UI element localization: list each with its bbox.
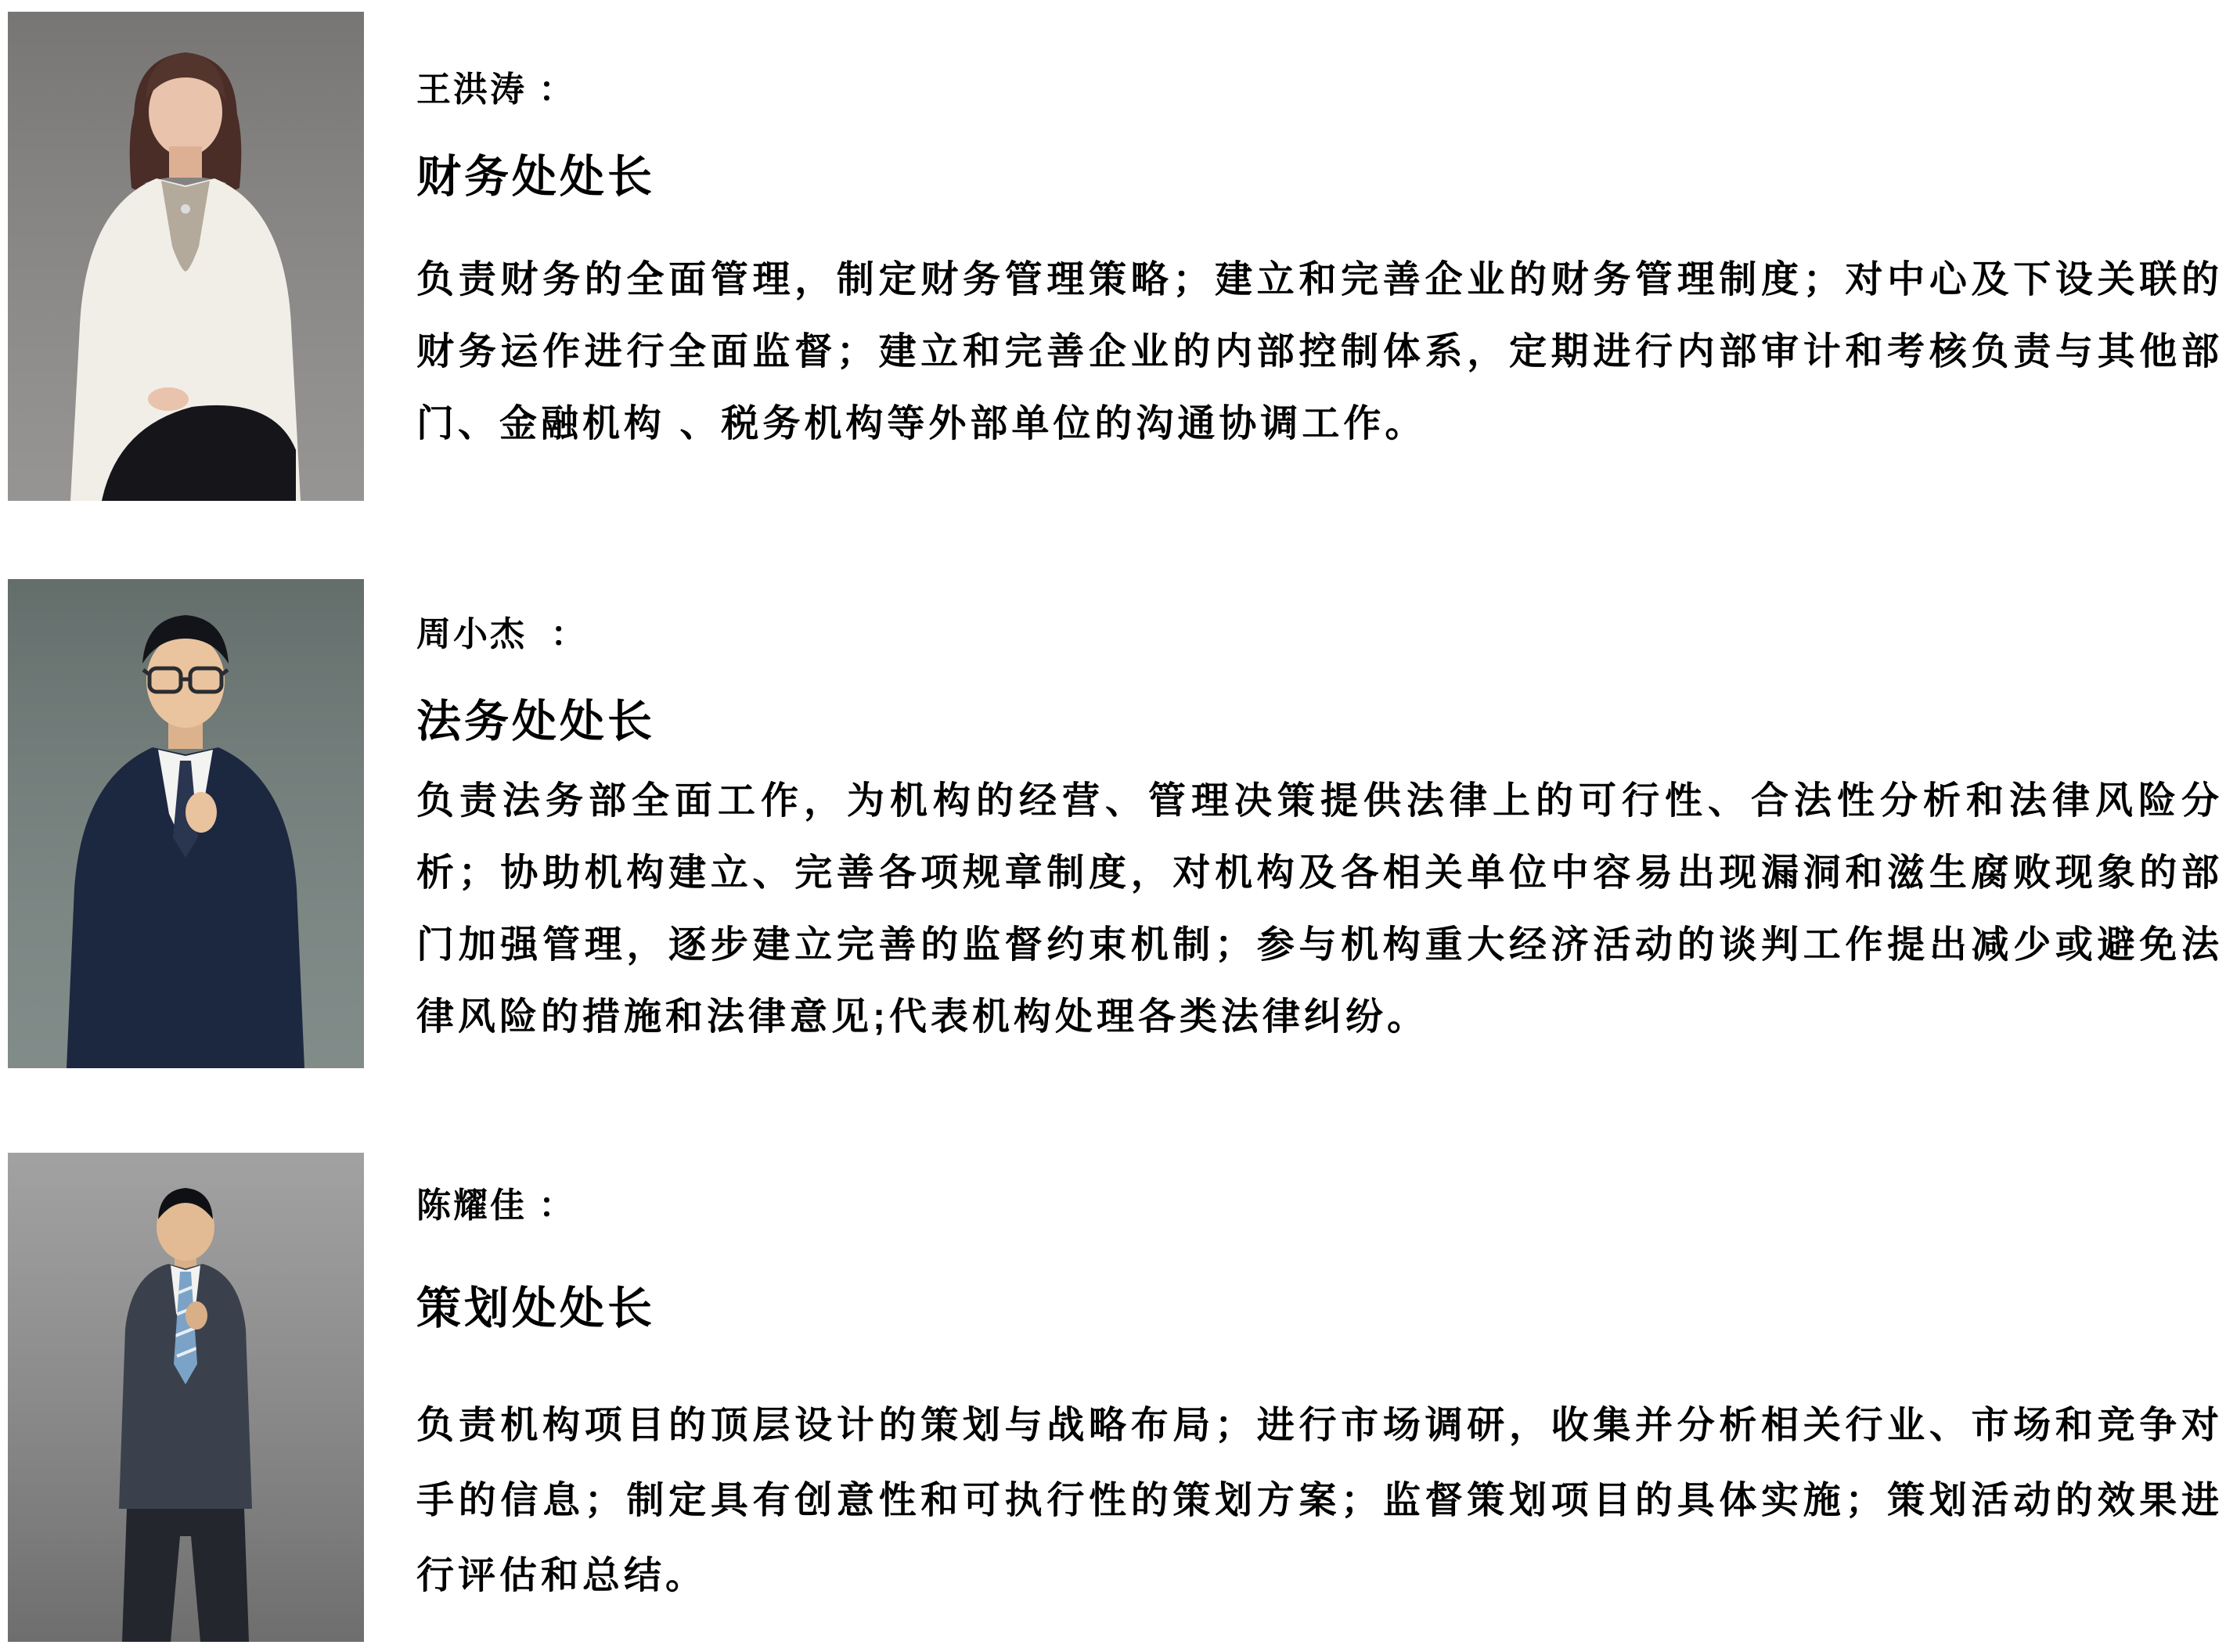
hand-adjusting-tie [185, 1301, 207, 1330]
hand-adjusting-tie [185, 792, 217, 833]
profile-name: 周小杰 ： [416, 606, 587, 656]
profile-photo [8, 1153, 364, 1642]
profile-name: 王洪涛 ： [416, 61, 575, 111]
photo-illustration-man-standing [8, 1153, 364, 1642]
necklace [181, 204, 190, 214]
profile-description: 负责财务的全面管理，制定财务管理策略；建立和完善企业的财务管理制度；对中心及下设… [416, 244, 2223, 460]
hand [148, 387, 189, 411]
profile-title: 策划处处长 [416, 1272, 655, 1337]
profile-name: 陈耀佳 ： [416, 1177, 575, 1227]
profile-photo [8, 12, 364, 501]
neck [169, 146, 202, 178]
photo-illustration-woman [8, 12, 364, 501]
staff-profiles-page: 王洪涛 ： 财务处处长 负责财务的全面管理，制定财务管理策略；建立和完善企业的财… [0, 0, 2226, 1652]
profile-photo [8, 579, 364, 1068]
profile-description: 负责法务部全面工作，为机构的经营、管理决策提供法律上的可行性、合法性分析和法律风… [416, 765, 2223, 1053]
photo-illustration-man-glasses [8, 579, 364, 1068]
profile-title: 财务处处长 [416, 141, 655, 205]
profile-title: 法务处处长 [416, 686, 655, 750]
profile-description: 负责机构项目的顶层设计的策划与战略布局；进行市场调研，收集并分析相关行业、市场和… [416, 1388, 2223, 1614]
